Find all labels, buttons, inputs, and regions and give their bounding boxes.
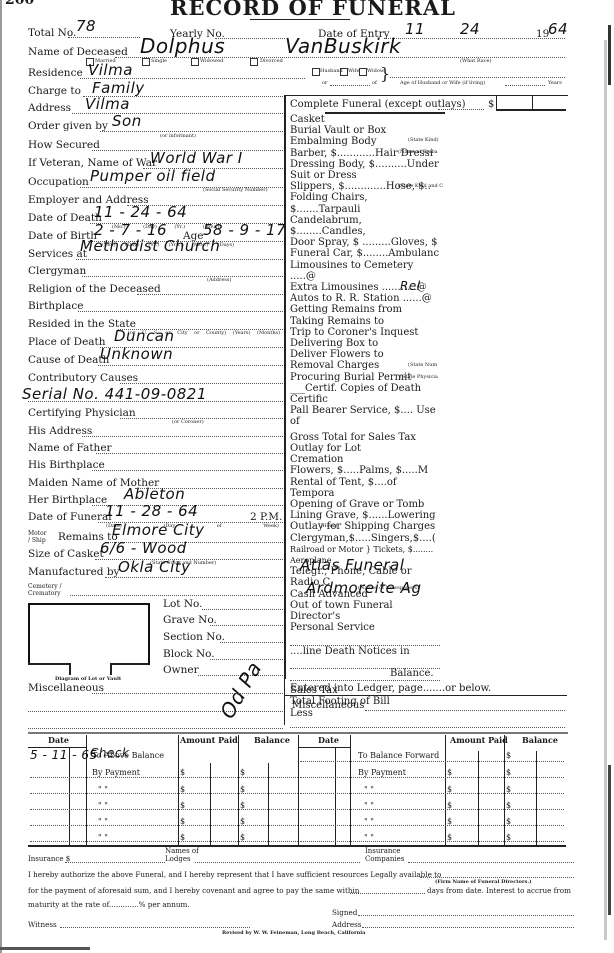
widow-checkbox[interactable] (359, 68, 367, 76)
ledger-left-dots-4 (30, 825, 298, 826)
date-of-funeral-value[interactable]: 11 - 28 - 64 (105, 503, 198, 519)
veteran-war-value[interactable]: World War I (150, 150, 243, 166)
footer-address-dots (362, 927, 574, 928)
title-underline (250, 19, 350, 20)
signed-label: Signed (332, 908, 357, 917)
name-of-deceased-label: Name of Deceased (28, 46, 128, 58)
charge-item: Autos to R. R. Station ......@ (290, 293, 440, 304)
charge-item (290, 633, 440, 645)
lot-diagram-leg-left (69, 663, 71, 675)
owner-label: Owner (163, 664, 199, 676)
charge-item: Folding Chairs, $.......Tarpauli (290, 192, 440, 214)
single-checkbox[interactable] (142, 58, 150, 66)
ledger-right-dollar-1: $ (447, 768, 452, 777)
occupation-value[interactable]: Pumper oil field (90, 168, 216, 184)
misc-left-dots-1 (92, 693, 283, 694)
or-label: or (322, 80, 327, 86)
order-informant-sub: (or informant) (160, 133, 196, 139)
charge-item: Deliver Flowers to (290, 349, 440, 360)
insurance-dots (65, 862, 165, 863)
page-title: RECORD OF FUNERAL (170, 0, 456, 20)
residence-label: Residence (28, 67, 83, 79)
remains-to-value[interactable]: Elmore City (112, 522, 205, 538)
section-no-label: Section No. (163, 631, 225, 643)
ledger-right-dots-1 (300, 777, 564, 778)
misc-left-dots-3 (28, 728, 283, 729)
widowed-checkbox[interactable] (191, 58, 199, 66)
ledger-left-col-amount (178, 735, 179, 845)
state-kind-sub: (State Kind) (408, 137, 439, 143)
complete-funeral-dollar: $ (488, 99, 494, 110)
charge-item: Cremation (290, 454, 440, 465)
companies-dots (408, 862, 574, 863)
grave-no-dots (210, 625, 283, 626)
spouse-info-dots (390, 77, 565, 78)
ledger-left-header-balance: Balance (254, 735, 290, 745)
ledger-right-dots-2 (300, 793, 564, 794)
ledger-left-first-label: To Above Balance (92, 751, 164, 760)
charge-to-value[interactable]: Family (92, 80, 145, 96)
birthplace-dots (78, 311, 283, 312)
residence-value[interactable]: Vilma (88, 62, 133, 78)
right-binding-mark-bottom (608, 765, 611, 915)
cause-of-death-value[interactable]: Unknown (100, 346, 173, 362)
charge-item: Funeral Car, $........Ambulanc (290, 248, 440, 259)
charge-item: Suit or Dress (290, 170, 440, 181)
ledger-left-first-date[interactable]: 5 - 11 - 65 (30, 747, 98, 763)
charge-item: Trip to Coroner's Inquest (290, 327, 440, 338)
payment-text-a: for the payment of aforesaid sum, and I … (28, 886, 359, 895)
how-secured-label: How Secured (28, 139, 100, 151)
cemetery-dots (70, 595, 283, 596)
ledger-right-bal-dollar-0: $ (506, 751, 511, 760)
lot-diagram-bottom-left (28, 663, 70, 665)
contributory-dots (120, 383, 283, 384)
ledger-right-header-rule (298, 747, 350, 748)
complete-funeral-underline (496, 109, 566, 111)
cause-of-death-dots (98, 365, 283, 366)
right-binding-mark-top (608, 25, 611, 85)
charge-item: Dressing Body, $..........Under (290, 159, 440, 170)
getting-remains-value[interactable]: Rel (400, 278, 421, 294)
complete-funeral-col-2 (532, 96, 533, 110)
charge-item: Delivering Box to (290, 338, 440, 349)
age-spouse-dots (505, 85, 545, 86)
manufactured-dots (105, 577, 283, 578)
state-physician-sub: (State Physicia (400, 374, 438, 380)
clergyman-label: Clergyman (28, 265, 86, 277)
what-race-label: (What Race) (460, 58, 491, 64)
ledger-right-row-1: By Payment (358, 768, 406, 777)
insurance-label: Insurance $ (28, 855, 70, 863)
lot-diagram-leg-right (110, 663, 112, 675)
order-given-dots (100, 131, 283, 132)
religion-dots (137, 294, 283, 295)
ledger-right-left-border (298, 735, 299, 845)
ledger-right-col-amount (445, 735, 446, 845)
coroner-sub: (or Coroner) (172, 419, 204, 425)
ledger-left-dots-5 (30, 841, 298, 842)
place-of-death-value[interactable]: Duncan (114, 328, 175, 344)
yearly-no-dots (215, 38, 285, 39)
divorced-label: Divorced (260, 58, 283, 64)
funeral-hour-value[interactable]: 2 P.M. (250, 511, 282, 523)
companies-label: Insurance Companies (365, 847, 409, 863)
date-of-entry-year[interactable]: 64 (548, 21, 568, 37)
ledger-left-row-1: By Payment (92, 768, 140, 777)
motor-ship-label: Motor / Ship (28, 530, 48, 544)
right-misc-dots-1 (365, 710, 565, 711)
age-value[interactable]: 58 - 9 - 17 (203, 222, 286, 238)
page-number: 200 (5, 0, 34, 8)
ledger-right-header-date: Date (318, 735, 339, 745)
order-given-value[interactable]: Son (112, 113, 142, 129)
charge-item: Taking Remains to (290, 316, 440, 327)
ledger-left-dots-2 (30, 793, 298, 794)
charge-item: Out of town Funeral Director's (290, 600, 440, 622)
charge-to-label: Charge to (28, 85, 81, 97)
ledger-left-dollar-1: $ (180, 768, 185, 777)
ledger-right-header-amount: Amount Paid (450, 735, 508, 745)
ledger-right-col-date (350, 735, 351, 845)
ledger-right-dots-0 (300, 761, 564, 762)
ledger-left-dots-3 (30, 809, 298, 810)
revised-by: Revised by W. W. Feineman, Long Beach, C… (222, 930, 365, 936)
grave-no-label: Grave No. (163, 614, 217, 626)
divorced-checkbox[interactable] (250, 58, 258, 66)
personal-service-value[interactable]: Atlas Funeral (300, 557, 404, 573)
ledger-left-col-balance (238, 735, 239, 845)
his-address-dots (82, 436, 283, 437)
date-of-birth-value[interactable]: 2 - 7 - 16 (94, 222, 167, 238)
ledger-right-dots-4 (300, 825, 564, 826)
ledger-rule (285, 695, 567, 696)
charge-item: Candelabrum, $........Candles, (290, 215, 440, 237)
birthplace-label: Birthplace (28, 300, 84, 312)
charge-item: ___Certif. Copies of Death Certific (290, 383, 440, 405)
address-dots (72, 113, 283, 114)
her-birthplace-value[interactable]: Ableton (124, 486, 185, 502)
ledger-right-bottom (298, 845, 566, 847)
complete-funeral-col-1 (496, 96, 497, 110)
owner-signature[interactable]: Od Pa (217, 658, 265, 721)
charge-item: Getting Remains from (290, 304, 440, 315)
ledger-right-col-amount-cents (478, 751, 479, 845)
ledger-left: Date Amount Paid Balance 5 - 11 - 65 Che… (28, 735, 300, 845)
ledger-left-dots-1 (30, 777, 298, 778)
ledger-left-bal-dollar-1: $ (240, 768, 245, 777)
ledger-left-col-amount-cents (210, 763, 211, 845)
ledger-left-header-amount: Amount Paid (180, 735, 238, 745)
right-misc-label: Miscellaneous (292, 700, 364, 711)
left-section-bottom-rule (28, 732, 568, 734)
ledger-right-header-balance: Balance (522, 735, 558, 745)
wife-label: Wife (348, 68, 359, 74)
section-no-dots (220, 642, 283, 643)
serial-number-value[interactable]: Serial No. 441-09-0821 (22, 386, 207, 402)
ledger-right-dots-3 (300, 809, 564, 810)
cemetery-crematory-label: Cemetery / Crematory (28, 583, 68, 597)
years-label: Years (548, 80, 562, 86)
size-of-casket-value[interactable]: 6/6 - Wood (100, 540, 187, 556)
lot-diagram (28, 603, 150, 665)
charge-item: Opening of Grave or Tomb (290, 499, 440, 510)
date-of-death-value[interactable]: 11 - 24 - 64 (94, 204, 187, 220)
name-of-embalmer-sub: (Name of Emba (398, 149, 438, 155)
newspapers-value[interactable]: Ardmoreite Ag (306, 580, 421, 596)
ledger-right-col-balance-cents (536, 751, 537, 845)
charge-item: Outlay for Shipping Charges (290, 521, 440, 532)
lodges-label: Names of Lodges (165, 847, 199, 863)
charge-item: ....line Death Notices in (290, 646, 440, 657)
charge-item: Door Spray, $ .........Gloves, $ (290, 237, 440, 248)
lot-no-label: Lot No. (163, 598, 203, 610)
left-page-edge (0, 0, 2, 953)
address-label: Address (28, 102, 71, 114)
ledger-right-first-label: To Balance Forward (358, 751, 439, 760)
payment-text-b: days from date. Interest to accrue from (427, 886, 571, 895)
charge-item: Burial Vault or Box (290, 125, 440, 136)
spouse-brace: } (380, 64, 390, 83)
wife-checkbox[interactable] (340, 68, 348, 76)
right-misc-dots-2 (290, 727, 565, 728)
ledger-right-col-balance (504, 735, 505, 845)
days-dots (350, 893, 425, 894)
firm-name-sub: (Firm Name of Funeral Directors.) (435, 879, 531, 885)
total-no-value[interactable]: 78 (76, 18, 96, 34)
ledger-right-bal-dollar-1: $ (506, 768, 511, 777)
ledger-left-header-date: Date (48, 735, 69, 745)
ledger-left-col-balance-cents (268, 763, 269, 845)
footer-address-label: Address (332, 920, 361, 929)
entered-ledger-label: Entered into Ledger, page.......or below… (290, 683, 491, 694)
his-birthplace-dots (92, 470, 283, 471)
date-of-entry-day[interactable]: 24 (460, 21, 480, 37)
charges-list: Casket Burial Vault or Box Embalming Bod… (290, 114, 440, 719)
or-dots (330, 85, 370, 86)
signed-dots (358, 915, 574, 916)
state-kind-and-sub: (State Kind and C (398, 183, 443, 189)
misc-left-dots-2 (28, 711, 283, 712)
charge-item: Rental of Tent, $....of Tempora (290, 477, 440, 499)
maturity-text: maturity at the rate of.............% pe… (28, 900, 190, 909)
bottom-edge-shadow (0, 947, 90, 950)
husband-checkbox[interactable] (312, 68, 320, 76)
single-label: Single (151, 58, 167, 64)
address-value[interactable]: Vilma (85, 96, 130, 112)
ledger-right: Date Amount Paid Balance To Balance Forw… (298, 735, 566, 845)
services-at-dots (76, 259, 283, 260)
date-of-entry-month[interactable]: 11 (405, 21, 425, 37)
deceased-last-name[interactable]: VanBuskirk (285, 36, 401, 56)
manufactured-by-value[interactable]: Okla City (118, 559, 191, 575)
services-at-value[interactable]: Methodist Church (80, 238, 220, 254)
clergyman-address-sub: (Address) (207, 277, 231, 283)
ledger-right-dots-5 (300, 841, 564, 842)
charge-item: Personal Service (290, 622, 440, 633)
firm-name-dots (420, 877, 574, 878)
charge-item: Gross Total for Sales Tax (290, 432, 440, 443)
father-dots (96, 453, 283, 454)
clergyman-dots (82, 276, 283, 277)
state-number-sub: (State Num (408, 362, 437, 368)
witness-dots (60, 927, 250, 928)
total-no-dots (68, 37, 140, 38)
place-of-death-label: Place of Death (28, 336, 106, 348)
balance-label: Balance. (390, 668, 434, 679)
ledger-left-bottom (28, 845, 300, 847)
lot-no-dots (202, 609, 283, 610)
charge-item: Casket (290, 114, 440, 125)
lodges-dots (195, 862, 360, 863)
lot-diagram-bottom-right (110, 663, 148, 665)
witness-label: Witness (28, 920, 57, 929)
deceased-first-name[interactable]: Dolphus (140, 36, 225, 56)
widowed-label: Widowed (200, 58, 223, 64)
charge-item: Lining Grave, $......Lowering (290, 510, 440, 521)
block-no-label: Block No. (163, 648, 215, 660)
charge-item: Pall Bearer Service, $.... Use of (290, 405, 440, 427)
size-of-casket-label: Size of Casket (28, 548, 104, 560)
authorize-text: I hereby authorize the above Funeral, an… (28, 870, 441, 879)
of-label: of (372, 80, 377, 86)
age-spouse-label: Age of Husband or Wife (if living) (400, 80, 485, 86)
charge-item: Clergyman,$.....Singers,$....( (290, 533, 440, 544)
charge-item: Flowers, $.....Palms, $.....M (290, 465, 440, 476)
social-security-sub: (Social Security Number) (203, 187, 268, 193)
right-page-edge (604, 40, 607, 940)
charge-item: Outlay for Lot (290, 443, 440, 454)
order-given-by-label: Order given by (28, 120, 108, 132)
complete-funeral-dots (438, 109, 484, 110)
